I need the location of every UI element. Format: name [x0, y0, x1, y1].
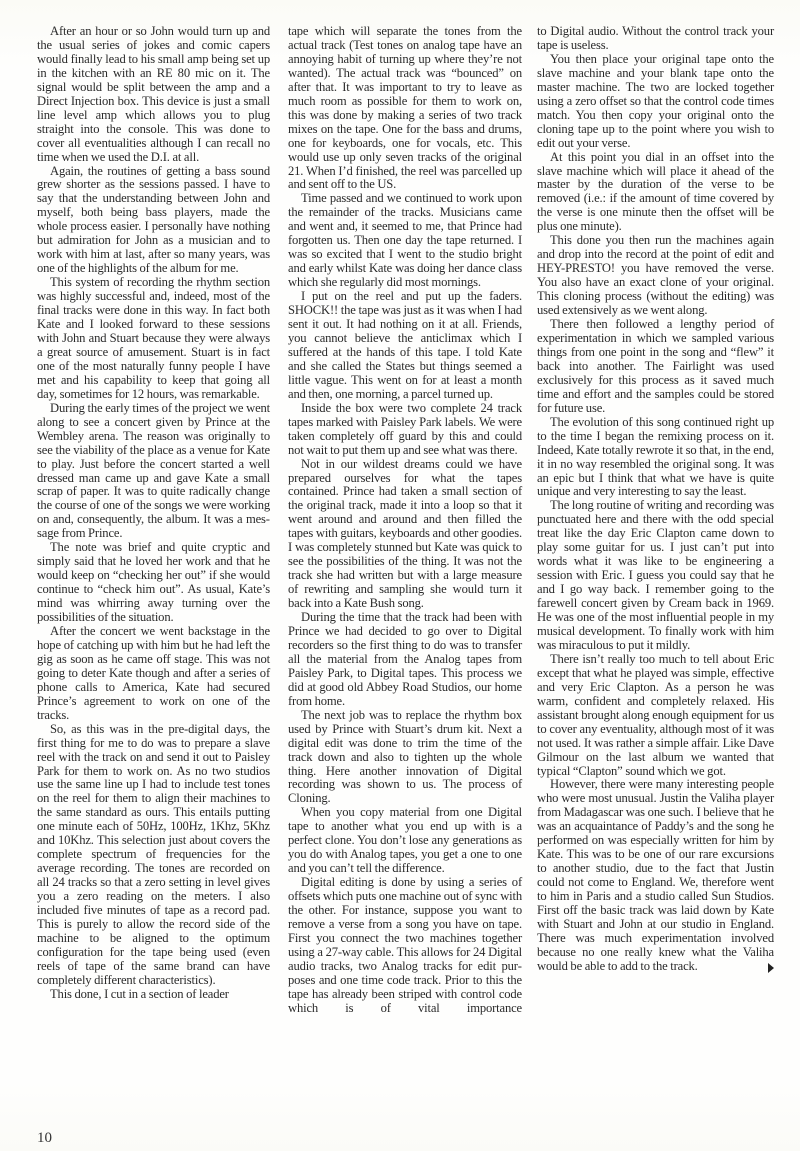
- continue-triangle-icon: [768, 963, 774, 973]
- paragraph: This system of recording the rhythm sect…: [37, 276, 270, 402]
- paragraph: The evolution of this song continued rig…: [537, 416, 774, 500]
- paragraph: There isn’t really too much to tell abou…: [537, 653, 774, 779]
- paragraph: So, as this was in the pre-digital days,…: [37, 723, 270, 988]
- paragraph-continued: to Digital audio. Without the control tr…: [537, 25, 774, 53]
- paragraph: Not in our wildest dreams could we have …: [288, 458, 522, 611]
- paragraph-last: However, there were many interesting peo…: [537, 778, 774, 973]
- paragraph: Time passed and we continued to work upo…: [288, 192, 522, 290]
- page-number: 10: [37, 1130, 52, 1147]
- paragraph: You then place your original tape onto t…: [537, 53, 774, 151]
- paragraph: At this point you dial in an offset into…: [537, 151, 774, 235]
- paragraph: When you copy material from one Digi­tal…: [288, 806, 522, 876]
- paragraph: After the concert we went backstage in t…: [37, 625, 270, 723]
- paragraph: During the time that the track had been …: [288, 611, 522, 709]
- text-column-2: tape which will separate the tones from …: [288, 25, 522, 1016]
- paragraph: The note was brief and quite cryptic and…: [37, 541, 270, 625]
- paragraph: The long routine of writing and re­cordi…: [537, 499, 774, 652]
- paragraph: This done you then run the machines agai…: [537, 234, 774, 318]
- paragraph-text: However, there were many interesting peo…: [537, 777, 774, 972]
- text-column-1: After an hour or so John would turn up a…: [37, 25, 270, 1002]
- paragraph-continued: tape which will separate the tones from …: [288, 25, 522, 192]
- document-page: After an hour or so John would turn up a…: [0, 0, 800, 1151]
- paragraph: I put on the reel and put up the faders.…: [288, 290, 522, 402]
- paragraph: Digital editing is done by using a serie…: [288, 876, 522, 1016]
- paragraph: There then followed a lengthy period of …: [537, 318, 774, 416]
- paragraph: After an hour or so John would turn up a…: [37, 25, 270, 165]
- paragraph: This done, I cut in a section of leader: [37, 988, 270, 1002]
- paragraph: Inside the box were two complete 24 trac…: [288, 402, 522, 458]
- paragraph: During the early times of the project we…: [37, 402, 270, 542]
- text-column-3: to Digital audio. Without the control tr…: [537, 25, 774, 974]
- paragraph: Again, the routines of getting a bass so…: [37, 165, 270, 277]
- paragraph: The next job was to replace the rhythm b…: [288, 709, 522, 807]
